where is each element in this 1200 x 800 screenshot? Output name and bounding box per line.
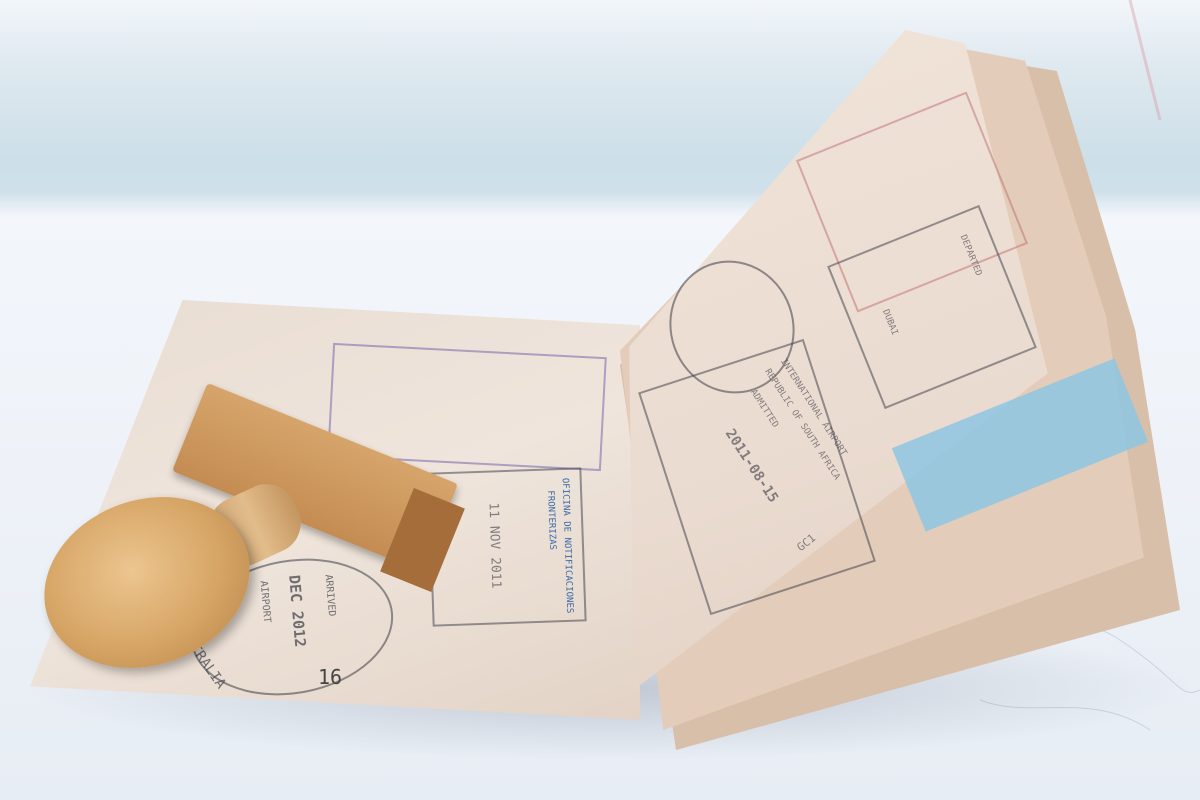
passport-photo: OFICINA DE NOTIFICACIONES FRONTERIZAS 11… [0,0,1200,800]
rect-stamp-line-1: OFICINA DE NOTIFICACIONES [560,478,575,614]
rect-stamp-line-2: FRONTERIZAS [545,490,557,550]
page-number: 16 [318,665,342,689]
oval-stamp-location: AIRPORT [258,580,273,623]
departure-stamp-line-2: DUBAI [880,308,899,337]
arrival-stamp-date: 2011-08-15 [722,426,781,505]
rect-stamp-date: 11 NOV 2011 [485,502,503,589]
oval-stamp-date: DEC 2012 [285,574,309,648]
arrival-stamp-mark: GC1 [794,531,818,553]
departure-stamp-line-1: DEPARTED [958,234,984,278]
oval-stamp-status: ARRIVED [322,574,337,617]
